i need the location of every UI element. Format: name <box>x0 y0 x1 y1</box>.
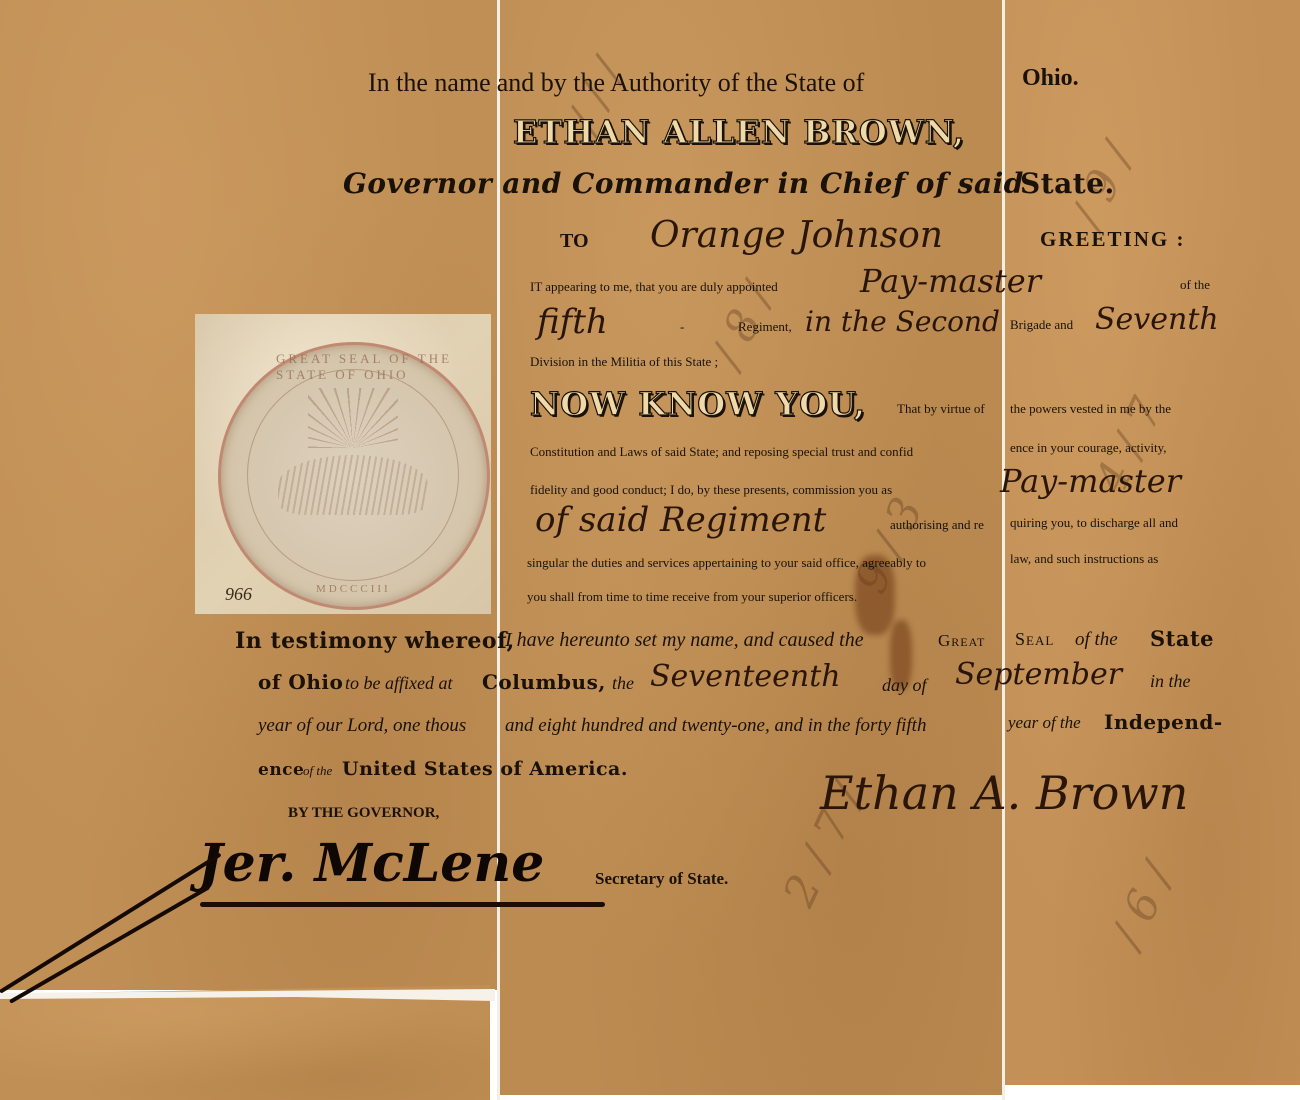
body-text: you shall from time to time receive from… <box>527 590 857 603</box>
authority-line-part: In the name <box>368 68 491 97</box>
testimony-state: State <box>1150 628 1214 649</box>
testimony-great: Great <box>938 632 985 649</box>
seal-year: MDCCCIII <box>316 583 391 595</box>
authority-line-part: and by the Authority of the State of <box>497 68 865 97</box>
now-know-you: NOW KNOW YOU, <box>530 388 866 420</box>
commission-handwritten: Pay-master <box>1000 465 1181 497</box>
governor-name: ETHAN ALLEN BROWN, <box>513 116 965 148</box>
body-text: Constitution and Laws of said State; and… <box>530 445 913 458</box>
testimony-columbus: Columbus, <box>482 672 606 692</box>
brigade-handwritten: in the Second <box>805 308 1000 336</box>
testimony-text: year of the <box>1008 714 1081 731</box>
testimony-united-states: United States of America. <box>342 760 628 779</box>
division-text: Division in the Militia of this State ; <box>530 355 718 368</box>
body-text: fidelity and good conduct; I do, by thes… <box>530 483 892 496</box>
testimony-text: in the <box>1150 672 1191 690</box>
document-panel-middle <box>500 0 1003 1095</box>
state-name: Ohio. <box>1022 66 1079 90</box>
governor-signature: Ethan A. Brown <box>820 770 1188 816</box>
body-text: quiring you, to discharge all and <box>1010 516 1178 529</box>
body-text: ence in your courage, activity, <box>1010 441 1167 454</box>
testimony-text: year of our Lord, one thous <box>258 716 466 735</box>
month-handwritten: September <box>955 660 1122 690</box>
testimony-text: to be affixed at <box>345 674 452 692</box>
testimony-text: of the <box>303 764 332 777</box>
body-text: law, and such instructions as <box>1010 552 1158 565</box>
fold-line-right <box>1002 0 1005 1100</box>
body-text: That by virtue of <box>897 402 985 415</box>
seal-inner-ring <box>247 369 459 581</box>
great-seal-of-ohio: GREAT SEAL OF THE STATE OF OHIO MDCCCIII <box>218 342 490 610</box>
regiment-label: Regiment, <box>738 320 792 333</box>
testimony-seal: Seal <box>1015 630 1054 648</box>
testimony-text: day of <box>882 676 927 694</box>
testimony-ohio: of Ohio <box>258 672 343 692</box>
of-the: of the <box>1180 278 1210 291</box>
testimony-gothic: In testimony whereof, <box>235 630 515 652</box>
greeting: GREETING : <box>1040 229 1185 250</box>
authority-line: In the nameand by the Authority of the S… <box>368 70 864 96</box>
brigade-label: Brigade and <box>1010 318 1073 331</box>
testimony-independence: Independ- <box>1104 712 1223 732</box>
by-the-governor: BY THE GOVERNOR, <box>288 806 439 821</box>
testimony-text: I have hereunto set my name, and caused … <box>505 630 864 650</box>
document-panel-left-bottom <box>0 985 490 1100</box>
appointment-text: IT appearing to me, that you are duly ap… <box>530 280 778 293</box>
secretary-title: Secretary of State. <box>595 870 728 887</box>
testimony-text: and eight hundred and twenty-one, and in… <box>505 716 926 735</box>
secretary-signature: Jer. McLene <box>198 838 544 890</box>
catalog-number: 966 <box>225 584 252 605</box>
governor-title: Governorand Commander in Chief of said <box>343 170 1024 198</box>
sun-rays-icon <box>308 388 398 448</box>
body-text: authorising and re <box>890 518 984 531</box>
title-state: State. <box>1020 170 1115 198</box>
body-text: singular the duties and services apperta… <box>527 556 926 569</box>
testimony-text: of the <box>1075 630 1118 649</box>
hills-icon <box>278 455 428 515</box>
title-part: Governor <box>343 167 492 200</box>
testimony-gothic: ence <box>258 762 304 779</box>
title-part: and Commander in Chief of said <box>502 167 1024 200</box>
division-handwritten: Seventh <box>1095 305 1219 335</box>
day-handwritten: Seventeenth <box>650 662 841 692</box>
office-handwritten: Pay-master <box>860 265 1041 297</box>
seal-ring-text: GREAT SEAL OF THE STATE OF OHIO <box>276 351 487 383</box>
body-text: the powers vested in me by the <box>1010 402 1171 415</box>
signature-underline <box>200 902 605 907</box>
recipient-name: Orange Johnson <box>650 218 943 254</box>
fold-line-left <box>497 0 500 1100</box>
testimony-text: the <box>612 674 634 692</box>
dash: - <box>680 320 684 333</box>
to-label: TO <box>560 231 589 251</box>
regiment-handwritten: fifth <box>537 305 608 339</box>
regiment-handwritten-line: of said Regiment <box>535 503 826 537</box>
